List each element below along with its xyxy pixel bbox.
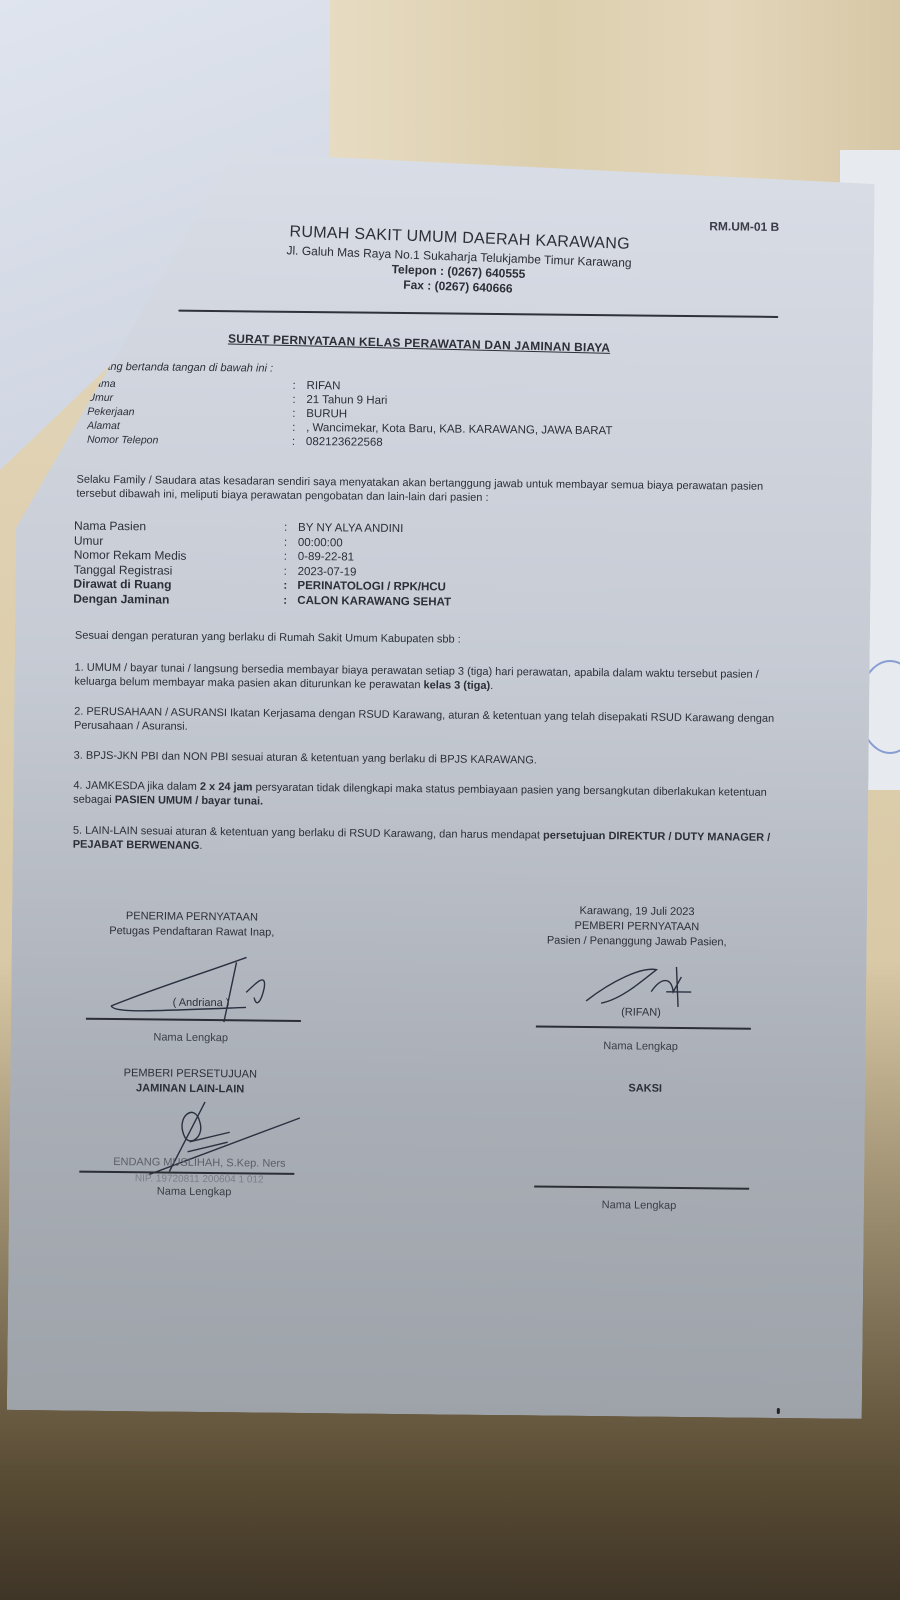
rules-intro: Sesuai dengan peraturan yang berlaku di … [75, 629, 790, 650]
receiver-name-label: Nama Lengkap [111, 1031, 271, 1045]
receiver-name: ( Andriana ) [151, 996, 251, 1009]
giver-signature-line [536, 1025, 751, 1029]
form-code: RM.UM-01 B [709, 219, 779, 234]
receiver-signature-icon [106, 951, 287, 1023]
witness-name-label: Nama Lengkap [559, 1199, 719, 1213]
giver-signature-icon [581, 961, 702, 1012]
rule-5: 5. LAIN-LAIN sesuai aturan & ketentuan y… [73, 824, 788, 859]
ink-mark [777, 1408, 780, 1414]
giver-name-label: Nama Lengkap [561, 1040, 721, 1054]
giver-signature-block: Karawang, 19 Juli 2023 PEMBERI PERNYATAA… [522, 903, 752, 950]
approver-name-label: Nama Lengkap [119, 1185, 269, 1199]
witness-signature-line [534, 1185, 749, 1189]
intro-text: Yang bertanda tangan di bawah ini : [98, 361, 273, 375]
approver-name: ENDANG MUSLIHAH, S.Kep. Ners [99, 1156, 299, 1170]
rule-2: 2. PERUSAHAAN / ASURANSI Ikatan Kerjasam… [74, 705, 789, 740]
rule-3: 3. BPJS-JKN PBI dan NON PBI sesuai atura… [74, 749, 789, 770]
giver-name: (RIFAN) [591, 1006, 691, 1019]
approver-signature-block: PEMBERI PERSETUJUAN JAMINAN LAIN-LAIN [90, 1066, 290, 1098]
patient-row: Dengan Jaminan:CALON KARAWANG SEHAT [73, 591, 451, 609]
witness-title: SAKSI [570, 1081, 720, 1098]
rule-4: 4. JAMKESDA jika dalam 2 x 24 jam persya… [73, 779, 788, 814]
patient-details: Nama Pasien:BY NY ALYA ANDINI Umur:00:00… [73, 519, 452, 610]
letterhead: RUMAH SAKIT UMUM DAERAH KARAWANG Jl. Gal… [238, 222, 680, 302]
rule-1: 1. UMUM / bayar tunai / langsung bersedi… [74, 661, 789, 696]
giver-subtitle: Pasien / Penanggung Jawab Pasien, [522, 933, 752, 950]
receiver-subtitle: Petugas Pendaftaran Rawat Inap, [92, 924, 292, 941]
letterhead-divider [178, 310, 778, 318]
approver-nip: NIP. 19720811 200604 1 012 [99, 1173, 299, 1186]
declarant-details: Nama:RIFAN Umur:21 Tahun 9 Hari Pekerjaa… [87, 377, 613, 452]
document-page: RM.UM-01 B RUMAH SAKIT UMUM DAERAH KARAW… [7, 150, 875, 1419]
receiver-signature-block: PENERIMA PERNYATAAN Petugas Pendaftaran … [92, 909, 292, 941]
statement-paragraph: Selaku Family / Saudara atas kesadaran s… [76, 473, 791, 508]
document-title: SURAT PERNYATAAN KELAS PERAWATAN DAN JAM… [228, 332, 610, 355]
